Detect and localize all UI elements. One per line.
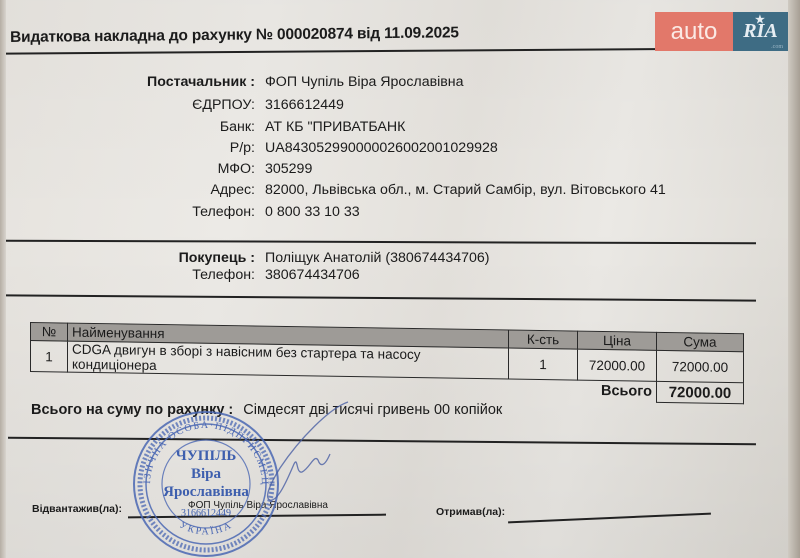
cell-qty: 1 xyxy=(509,348,578,380)
field-label: Р/р: xyxy=(230,140,255,156)
shipped-by-label: Відвантажив(ла): xyxy=(32,503,122,515)
items-table: № Найменування К-сть Ціна Сума 1 CDGA дв… xyxy=(30,322,744,404)
cell-number: 1 xyxy=(31,341,68,373)
field-value: 305299 xyxy=(265,161,312,177)
field-value: UA843052990000026002001029928 xyxy=(265,140,498,156)
buyer-phone-label: Телефон: xyxy=(192,267,255,283)
logo-ria-block: ★ RIA .com xyxy=(733,12,788,51)
total-value: 72000.00 xyxy=(657,381,744,403)
col-header-price: Ціна xyxy=(578,331,657,350)
supplier-name: ФОП Чупіль Віра Ярославівна xyxy=(265,74,464,90)
field-label: МФО: xyxy=(218,161,255,177)
field-label: Адрес: xyxy=(210,182,255,198)
field-label: Телефон: xyxy=(192,204,255,220)
buyer-label: Покупець : xyxy=(179,250,255,266)
star-icon: ★ xyxy=(755,13,765,26)
field-label: Банк: xyxy=(220,119,255,135)
handwritten-signature-icon xyxy=(240,398,360,508)
field-value: 3166612449 xyxy=(265,97,344,113)
field-label: ЄДРПОУ: xyxy=(192,97,255,113)
field-value: 0 800 33 10 33 xyxy=(265,204,360,220)
autoria-logo: auto ★ RIA .com xyxy=(655,12,788,51)
field-value: 82000, Львівська обл., м. Старий Самбір,… xyxy=(265,182,666,198)
buyer-phone: 380674434706 xyxy=(265,267,360,283)
logo-auto-text: auto xyxy=(655,12,733,51)
paper-edge-left xyxy=(0,0,6,558)
received-by-label: Отримав(ла): xyxy=(436,506,505,518)
col-header-sum: Сума xyxy=(657,332,744,351)
col-header-qty: К-сть xyxy=(509,330,578,349)
cell-price: 72000.00 xyxy=(578,349,657,381)
supplier-label: Постачальник : xyxy=(147,74,255,90)
field-value: АТ КБ "ПРИВАТБАНК xyxy=(265,119,405,135)
buyer-name: Поліщук Анатолій (380674434706) xyxy=(265,250,490,266)
cell-sum: 72000.00 xyxy=(657,350,744,382)
total-label: Всього xyxy=(578,380,657,402)
svg-text:УКРАЇНА: УКРАЇНА xyxy=(177,520,234,538)
col-header-number: № xyxy=(31,323,68,342)
logo-com-text: .com xyxy=(771,44,783,50)
stamp-code: 3166612449 xyxy=(130,508,282,519)
paper-edge-right xyxy=(788,0,800,558)
